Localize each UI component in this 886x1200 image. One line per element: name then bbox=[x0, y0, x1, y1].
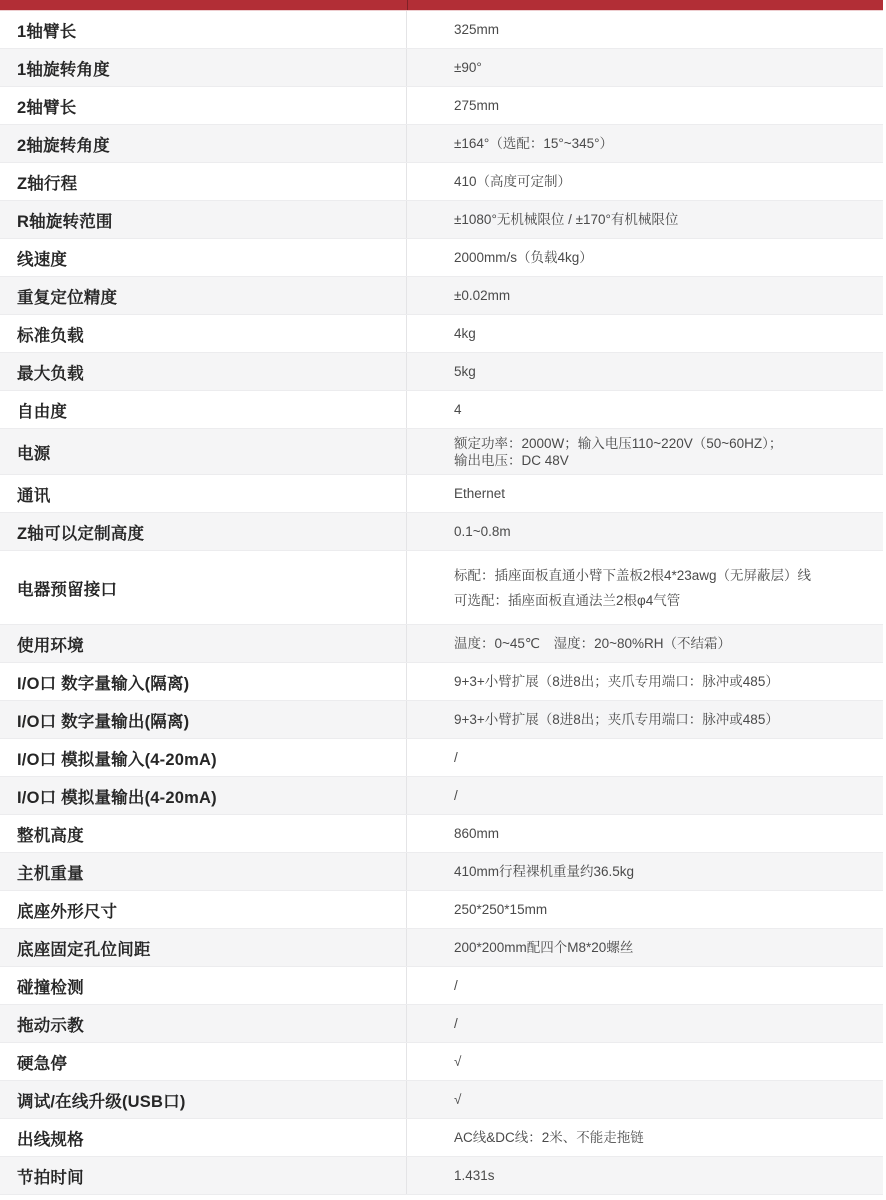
spec-value: √ bbox=[407, 1081, 883, 1118]
spec-value: 9+3+小臂扩展（8进8出；夹爪专用端口：脉冲或485） bbox=[407, 663, 883, 700]
spec-value: 4kg bbox=[407, 315, 883, 352]
spec-value: ±90° bbox=[407, 49, 883, 86]
spec-label: I/O口 数字量输入(隔离) bbox=[0, 663, 407, 700]
spec-value: 2000mm/s（负载4kg） bbox=[407, 239, 883, 276]
spec-value: / bbox=[407, 739, 883, 776]
spec-row: 2轴臂长 275mm bbox=[0, 87, 883, 125]
header-column-divider bbox=[407, 0, 408, 10]
spec-row: 碰撞检测 / bbox=[0, 967, 883, 1005]
spec-value: / bbox=[407, 777, 883, 814]
spec-row: 整机高度 860mm bbox=[0, 815, 883, 853]
spec-label: 整机高度 bbox=[0, 815, 407, 852]
spec-label: 2轴旋转角度 bbox=[0, 125, 407, 162]
spec-label: 2轴臂长 bbox=[0, 87, 407, 124]
spec-label: I/O口 数字量输出(隔离) bbox=[0, 701, 407, 738]
spec-value: ±1080°无机械限位 / ±170°有机械限位 bbox=[407, 201, 883, 238]
spec-label: R轴旋转范围 bbox=[0, 201, 407, 238]
spec-label: 底座外形尺寸 bbox=[0, 891, 407, 928]
spec-value: 温度：0~45℃ 湿度：20~80%RH（不结霜） bbox=[407, 625, 883, 662]
spec-row: I/O口 数字量输出(隔离) 9+3+小臂扩展（8进8出；夹爪专用端口：脉冲或4… bbox=[0, 701, 883, 739]
spec-label: 节拍时间 bbox=[0, 1157, 407, 1194]
spec-label: 1轴旋转角度 bbox=[0, 49, 407, 86]
spec-value: / bbox=[407, 967, 883, 1004]
spec-value: 额定功率：2000W；输入电压110~220V（50~60HZ）； 输出电压：D… bbox=[407, 429, 883, 474]
spec-label: I/O口 模拟量输出(4-20mA) bbox=[0, 777, 407, 814]
spec-label: 1轴臂长 bbox=[0, 11, 407, 48]
spec-row: 电源 额定功率：2000W；输入电压110~220V（50~60HZ）； 输出电… bbox=[0, 429, 883, 475]
spec-row: 底座固定孔位间距 200*200mm配四个M8*20螺丝 bbox=[0, 929, 883, 967]
spec-sheet: 1轴臂长 325mm 1轴旋转角度 ±90° 2轴臂长 275mm 2轴旋转角度… bbox=[0, 0, 883, 1195]
spec-value: 0.1~0.8m bbox=[407, 513, 883, 550]
spec-row: R轴旋转范围 ±1080°无机械限位 / ±170°有机械限位 bbox=[0, 201, 883, 239]
spec-value: 860mm bbox=[407, 815, 883, 852]
spec-row: 底座外形尺寸 250*250*15mm bbox=[0, 891, 883, 929]
spec-label: 线速度 bbox=[0, 239, 407, 276]
spec-value: 275mm bbox=[407, 87, 883, 124]
spec-row: Z轴可以定制高度 0.1~0.8m bbox=[0, 513, 883, 551]
spec-label: Z轴行程 bbox=[0, 163, 407, 200]
spec-value: 325mm bbox=[407, 11, 883, 48]
spec-value: Ethernet bbox=[407, 475, 883, 512]
spec-value: 标配：插座面板直通小臂下盖板2根4*23awg（无屏蔽层）线 可选配：插座面板直… bbox=[407, 551, 883, 624]
spec-label: 重复定位精度 bbox=[0, 277, 407, 314]
spec-row: 自由度 4 bbox=[0, 391, 883, 429]
spec-table: 1轴臂长 325mm 1轴旋转角度 ±90° 2轴臂长 275mm 2轴旋转角度… bbox=[0, 11, 883, 1195]
spec-label: 底座固定孔位间距 bbox=[0, 929, 407, 966]
spec-value: 4 bbox=[407, 391, 883, 428]
spec-label: 电器预留接口 bbox=[0, 551, 407, 624]
spec-row: 标准负载 4kg bbox=[0, 315, 883, 353]
spec-label: 碰撞检测 bbox=[0, 967, 407, 1004]
spec-label: 电源 bbox=[0, 429, 407, 474]
spec-value: ±164°（选配：15°~345°） bbox=[407, 125, 883, 162]
spec-row: 主机重量 410mm行程裸机重量约36.5kg bbox=[0, 853, 883, 891]
spec-row: 线速度 2000mm/s（负载4kg） bbox=[0, 239, 883, 277]
spec-value: 250*250*15mm bbox=[407, 891, 883, 928]
spec-value: ±0.02mm bbox=[407, 277, 883, 314]
spec-label: Z轴可以定制高度 bbox=[0, 513, 407, 550]
spec-value: AC线&DC线：2米、不能走拖链 bbox=[407, 1119, 883, 1156]
spec-row: 使用环境 温度：0~45℃ 湿度：20~80%RH（不结霜） bbox=[0, 625, 883, 663]
spec-row: I/O口 模拟量输入(4-20mA) / bbox=[0, 739, 883, 777]
spec-row: 1轴臂长 325mm bbox=[0, 11, 883, 49]
spec-value: 1.431s bbox=[407, 1157, 883, 1194]
spec-row: 重复定位精度 ±0.02mm bbox=[0, 277, 883, 315]
spec-row: 电器预留接口 标配：插座面板直通小臂下盖板2根4*23awg（无屏蔽层）线 可选… bbox=[0, 551, 883, 625]
spec-label: 调试/在线升级(USB口) bbox=[0, 1081, 407, 1118]
spec-row: 2轴旋转角度 ±164°（选配：15°~345°） bbox=[0, 125, 883, 163]
table-header-bar bbox=[0, 0, 883, 11]
spec-row: 1轴旋转角度 ±90° bbox=[0, 49, 883, 87]
spec-row: 拖动示教 / bbox=[0, 1005, 883, 1043]
spec-label: 出线规格 bbox=[0, 1119, 407, 1156]
spec-value: √ bbox=[407, 1043, 883, 1080]
spec-value: 200*200mm配四个M8*20螺丝 bbox=[407, 929, 883, 966]
spec-label: 硬急停 bbox=[0, 1043, 407, 1080]
spec-label: I/O口 模拟量输入(4-20mA) bbox=[0, 739, 407, 776]
spec-label: 最大负载 bbox=[0, 353, 407, 390]
spec-label: 拖动示教 bbox=[0, 1005, 407, 1042]
spec-row: 出线规格 AC线&DC线：2米、不能走拖链 bbox=[0, 1119, 883, 1157]
spec-row: 最大负载 5kg bbox=[0, 353, 883, 391]
spec-value: 410mm行程裸机重量约36.5kg bbox=[407, 853, 883, 890]
spec-value: / bbox=[407, 1005, 883, 1042]
spec-row: I/O口 数字量输入(隔离) 9+3+小臂扩展（8进8出；夹爪专用端口：脉冲或4… bbox=[0, 663, 883, 701]
spec-label: 使用环境 bbox=[0, 625, 407, 662]
spec-row: 硬急停 √ bbox=[0, 1043, 883, 1081]
spec-value: 410（高度可定制） bbox=[407, 163, 883, 200]
spec-row: 通讯 Ethernet bbox=[0, 475, 883, 513]
spec-row: 调试/在线升级(USB口) √ bbox=[0, 1081, 883, 1119]
spec-label: 通讯 bbox=[0, 475, 407, 512]
spec-value: 5kg bbox=[407, 353, 883, 390]
spec-label: 自由度 bbox=[0, 391, 407, 428]
spec-label: 主机重量 bbox=[0, 853, 407, 890]
spec-row: Z轴行程 410（高度可定制） bbox=[0, 163, 883, 201]
spec-row: I/O口 模拟量输出(4-20mA) / bbox=[0, 777, 883, 815]
spec-value: 9+3+小臂扩展（8进8出；夹爪专用端口：脉冲或485） bbox=[407, 701, 883, 738]
spec-row: 节拍时间 1.431s bbox=[0, 1157, 883, 1195]
spec-label: 标准负载 bbox=[0, 315, 407, 352]
